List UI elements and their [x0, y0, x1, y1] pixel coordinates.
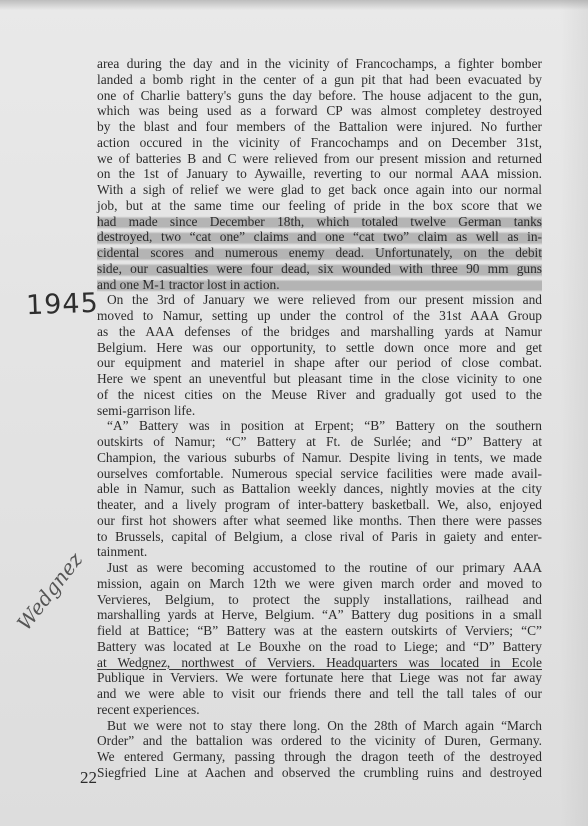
text-line: mission, again on March 12th we were giv…: [97, 576, 542, 592]
text-line: We entered Germany, passing through the …: [97, 749, 542, 765]
text-line-highlighted: destroyed, two “cat one” claims and one …: [97, 229, 542, 245]
text-line: Publique in Verviers. We were fortunate …: [97, 670, 542, 686]
text-line: moved to Namur, setting up under the con…: [97, 308, 542, 324]
scanned-page: 1945 Wedgnez area during the day and in …: [0, 0, 588, 826]
text-line: With a sigh of relief we were glad to ge…: [97, 182, 542, 198]
text-line: job, but at the same time our feeling of…: [97, 198, 542, 214]
text-line: as the AAA defenses of the bridges and m…: [97, 324, 542, 340]
handwritten-place-annotation: Wedgnez: [12, 548, 87, 635]
text-line: area during the day and in the vicinity …: [97, 56, 542, 72]
text-line: ourselves comfortable. Numerous special …: [97, 466, 542, 482]
text-line: On the 3rd of January we were relieved f…: [97, 292, 542, 308]
text-line: Here we spent an uneventful but pleasant…: [97, 371, 542, 387]
text-line: tainment.: [97, 544, 542, 560]
text-line: which was being used as a forward CP was…: [97, 103, 542, 119]
text-line: Siegfried Line at Aachen and observed th…: [97, 765, 542, 781]
text-line: Belgium. Here was our opportunity, to se…: [97, 340, 542, 356]
text-line: our equipment and materiel in shape afte…: [97, 355, 542, 371]
text-line-highlighted: cidental scores and numerous enemy dead.…: [97, 245, 542, 261]
handwritten-year-annotation: 1945: [25, 288, 99, 322]
text-line-underlined: at Wedgnez, northwest of Verviers. Headq…: [97, 655, 542, 671]
text-line: to Brussels, capital of Belgium, a close…: [97, 529, 542, 545]
text-line: able in Namur, such as Battalion weekly …: [97, 481, 542, 497]
text-line: our first hot showers after what seemed …: [97, 513, 542, 529]
page-edge: [560, 0, 588, 826]
text-line-highlighted: side, our casualties were four dead, six…: [97, 261, 542, 277]
text-line: theater, and a lively program of inter-b…: [97, 497, 542, 513]
text-line: landed a bomb right in the center of a g…: [97, 72, 542, 88]
text-line: recent experiences.: [97, 702, 542, 718]
text-line: we of batteries B and C were relieved fr…: [97, 151, 542, 167]
text-line: Champion, the various suburbs of Namur. …: [97, 450, 542, 466]
text-line: one of Charlie battery's guns the day be…: [97, 88, 542, 104]
text-line: Order” and the battalion was ordered to …: [97, 733, 542, 749]
page-number: 22: [80, 768, 97, 788]
text-line: outskirts of Namur; “C” Battery at Ft. d…: [97, 434, 542, 450]
text-line: But we were not to stay there long. On t…: [97, 718, 542, 734]
text-line: semi-garrison life.: [97, 403, 542, 419]
text-line-highlighted: and one M-1 tractor lost in action.: [97, 277, 542, 293]
text-line: by the blast and four members of the Bat…: [97, 119, 542, 135]
text-line: and we were able to visit our friends th…: [97, 686, 542, 702]
text-line: “A” Battery was in position at Erpent; “…: [97, 418, 542, 434]
text-line-highlighted: had made since December 18th, which tota…: [97, 214, 542, 230]
text-line: on the 1st of January to Aywaille, rever…: [97, 166, 542, 182]
scan-shadow: [0, 0, 588, 10]
text-line: Battery was located at Le Bouxhe on the …: [97, 639, 542, 655]
text-line: action occured in the vicinity of Franco…: [97, 135, 542, 151]
text-line: Just as were becoming accustomed to the …: [97, 560, 542, 576]
text-line: of the nicest cities on the Meuse River …: [97, 387, 542, 403]
text-line: Vervieres, Belgium, to protect the suppl…: [97, 592, 542, 608]
text-line: marshalling yards at Herve, Belgium. “A”…: [97, 607, 542, 623]
text-line: field at Battice; “B” Battery was at the…: [97, 623, 542, 639]
body-text: area during the day and in the vicinity …: [97, 56, 542, 781]
